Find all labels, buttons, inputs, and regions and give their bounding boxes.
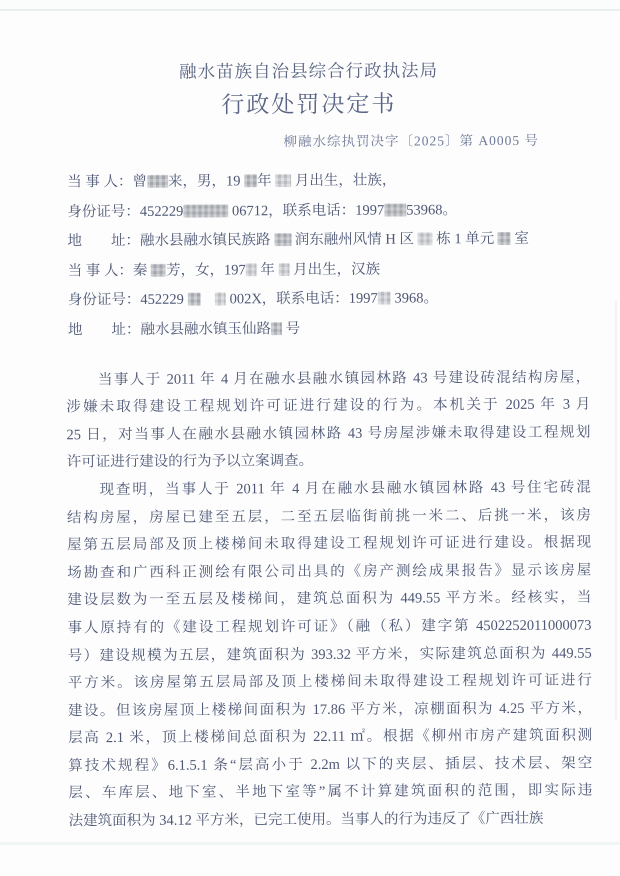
scan-edge-right-line	[615, 300, 617, 720]
document-content: 融水苗族自治县综合行政执法局 行政处罚决定书 柳融水综执罚决字〔2025〕第 A…	[0, 0, 620, 836]
redaction-block	[147, 175, 168, 188]
body-text-line: 层高 2.1 米，顶上楼梯间总面积为 22.11 ㎡。根据《柳州市房产建筑面积测	[68, 723, 592, 753]
body-text-line: 号）建设规模为五层，建筑面积为 393.32 平方米，实际建筑总面积为 449.…	[68, 640, 592, 670]
redaction-block	[183, 204, 228, 217]
redaction-block	[246, 263, 257, 276]
redaction-block	[215, 293, 226, 306]
body-paragraphs: 当事人于 2011 年 4 月在融水县融水镇园林路 43 号建设砖混结构房屋，涉…	[66, 364, 592, 836]
body-text-line: 层、车库层、地下室、半地下室等”属不计算建筑面积的范围，即实际违	[68, 778, 592, 808]
redaction-block	[274, 233, 291, 246]
body-text-line: 屋第五层局部及顶上楼梯间未取得建设工程规划许可证进行建设。根据现	[67, 530, 591, 560]
body-text-line: 当事人于 2011 年 4 月在融水县融水镇园林路 43 号建设砖混结构房屋，	[66, 364, 590, 394]
redaction-block	[275, 174, 291, 187]
body-text-line: 平方米。该房屋第五层局部及顶上楼梯间未取得建设工程规划许可证进行	[68, 668, 592, 698]
party-info-line: 地 址：融水县融水镇民族路 润东融州风情 H 区 栋 1 单元 室	[67, 225, 589, 257]
body-text-line: 建设。但该房屋顶上楼梯间面积为 17.86 平方米，凉棚面积为 4.25 平方米…	[68, 695, 592, 725]
party-info-line: 身份证号：452229 06712，联系电话：199753968。	[67, 195, 589, 227]
scanned-document-page: 融水苗族自治县综合行政执法局 行政处罚决定书 柳融水综执罚决字〔2025〕第 A…	[0, 0, 620, 876]
body-text-line: 法建筑面积为 34.12 平方米，已完工使用。当事人的行为违反了《广西壮族	[68, 806, 592, 836]
party-info-line: 当 事 人：秦 芳，女，197 年 月出生，汉族	[68, 254, 590, 286]
scan-edge-bottom-line	[0, 842, 620, 845]
body-text-line: 涉嫌未取得建设工程规划许可证进行建设的行为。本机关于 2025 年 3 月	[66, 392, 590, 422]
document-number: 柳融水综执罚决字〔2025〕第 A0005 号	[0, 128, 619, 151]
body-text-line: 场勘查和广西科正测绘有限公司出具的《房产测绘成果报告》显示该房屋	[67, 557, 591, 587]
redaction-block	[244, 174, 257, 187]
party-info-line: 当 事 人：曾来，男，19 年 月出生，壮族，	[67, 166, 589, 198]
redaction-block	[378, 292, 391, 305]
redaction-block	[151, 264, 166, 277]
document-title: 行政处罚决定书	[0, 84, 619, 120]
issuing-authority-title: 融水苗族自治县综合行政执法局	[0, 56, 619, 84]
party-info-line: 地 址：融水县融水镇玉仙路 号	[68, 314, 590, 346]
body-text-line: 结构房屋，房屋已建至五层，二至五层临街前挑一米二、后挑一米，该房	[67, 502, 591, 532]
redaction-block	[279, 263, 290, 276]
body-text-line: 许可证进行建设的行为予以立案调查。	[67, 447, 591, 477]
body-text-line: 算技术规程》6.1.5.1 条“层高小于 2.2m 以下的夹层、插层、技术层、架…	[68, 750, 592, 780]
party-info-line: 身份证号：452229 002X，联系电话：1997 3968。	[68, 284, 590, 316]
redaction-block	[384, 203, 406, 216]
redaction-block	[187, 293, 200, 306]
body-text-line: 25 日，对当事人在融水县融水镇园林路 43 号房屋涉嫌未取得建设工程规划	[66, 419, 590, 449]
redaction-block	[271, 322, 282, 335]
redaction-block	[498, 232, 511, 245]
body-text-line: 事人原持有的《建设工程规划许可证》（融（私）建字第 45022520110000…	[67, 612, 591, 642]
body-text-line: 建设层数为一至五层及楼梯间，建筑总面积为 449.55 平方米。经核实，当	[67, 585, 591, 615]
redaction-block	[418, 233, 433, 246]
party-info-block: 当 事 人：曾来，男，19 年 月出生，壮族，身份证号：452229 06712…	[67, 166, 590, 346]
body-text-line: 现查明，当事人于 2011 年 4 月在融水县融水镇园林路 43 号住宅砖混	[67, 474, 591, 504]
